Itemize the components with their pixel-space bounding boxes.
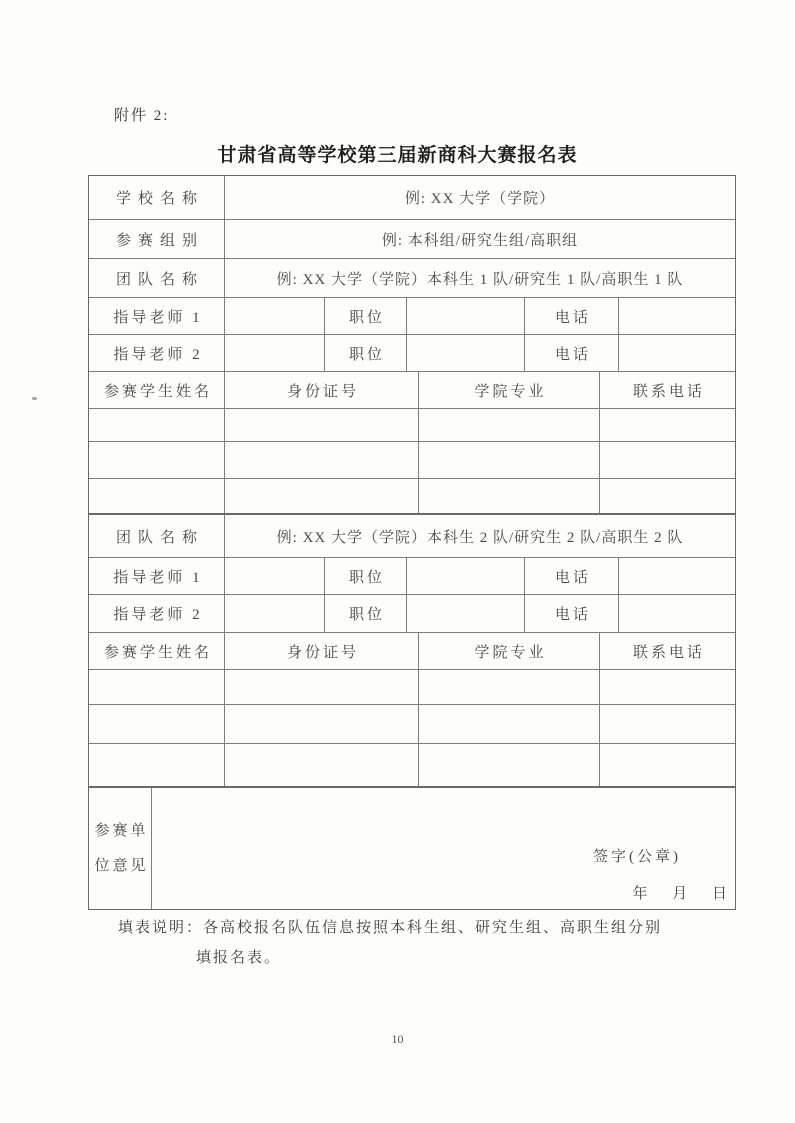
attachment-label: 附件 2: [114, 104, 169, 125]
student-phone-header: 联系电话 [599, 633, 735, 669]
unit-opinion-label-line2: 位意见 [91, 849, 148, 884]
scanned-form-page: 附件 2: 甘肃省高等学校第三届新商科大赛报名表 学校名称 例: XX 大学（学… [0, 0, 795, 1123]
student-phone-header: 联系电话 [599, 372, 735, 408]
teacher2-position-field [406, 335, 524, 371]
teacher1-position-field [406, 558, 524, 594]
teacher1-position-label: 职位 [324, 298, 406, 334]
unit-opinion-label-line1: 参赛单 [91, 814, 148, 849]
teacher1-position-label: 职位 [324, 558, 406, 594]
teacher2-phone-label: 电话 [524, 595, 618, 632]
teacher1-phone-label: 电话 [524, 298, 618, 334]
student-id-cell [224, 479, 418, 513]
student-id-header: 身份证号 [224, 633, 418, 669]
student-name-header: 参赛学生姓名 [89, 372, 224, 408]
student-name-cell [89, 670, 224, 704]
student-id-header: 身份证号 [224, 372, 418, 408]
fill-instructions-line1: 填表说明：各高校报名队伍信息按照本科生组、研究生组、高职生组分别 [118, 916, 662, 937]
student-major-cell [418, 442, 599, 478]
team2-name-row: 团队名称 例: XX 大学（学院）本科生 2 队/研究生 2 队/高职生 2 队 [89, 513, 735, 557]
student-major-cell [418, 479, 599, 513]
team1-name-label: 团队名称 [89, 259, 224, 297]
teacher1-phone-field [618, 298, 735, 334]
signature-seal-label: 签字(公章) [593, 845, 681, 866]
student-phone-cell [599, 705, 735, 743]
student-name-header: 参赛学生姓名 [89, 633, 224, 669]
student-major-header: 学院专业 [418, 633, 599, 669]
teacher1-name-field [224, 558, 324, 594]
student-major-cell [418, 409, 599, 441]
school-name-row: 学校名称 例: XX 大学（学院） [89, 176, 735, 219]
student-id-cell [224, 705, 418, 743]
teacher2-phone-field [618, 335, 735, 371]
student-major-cell [418, 670, 599, 704]
group-label: 参赛组别 [89, 220, 224, 258]
school-name-value: 例: XX 大学（学院） [224, 176, 735, 219]
student-major-header: 学院专业 [418, 372, 599, 408]
unit-opinion-row: 参赛单 位意见 签字(公章) 年 月 日 [89, 786, 735, 909]
student-name-cell [89, 479, 224, 513]
team1-teacher1-row: 指导老师 1 职位 电话 [89, 297, 735, 334]
team2-teacher2-row: 指导老师 2 职位 电话 [89, 594, 735, 632]
team1-student-row-2 [89, 441, 735, 478]
group-value: 例: 本科组/研究生组/高职组 [224, 220, 735, 258]
teacher2-label: 指导老师 2 [89, 595, 224, 632]
registration-form-table: 学校名称 例: XX 大学（学院） 参赛组别 例: 本科组/研究生组/高职组 团… [88, 175, 736, 910]
fill-instructions-text: 各高校报名队伍信息按照本科生组、研究生组、高职生组分别 [203, 920, 662, 936]
date-label: 年 月 日 [632, 882, 729, 903]
teacher2-phone-label: 电话 [524, 335, 618, 371]
teacher1-name-field [224, 298, 324, 334]
team2-student-row-1 [89, 669, 735, 704]
student-phone-cell [599, 670, 735, 704]
student-id-cell [224, 670, 418, 704]
student-major-cell [418, 705, 599, 743]
teacher2-phone-field [618, 595, 735, 632]
teacher1-label: 指导老师 1 [89, 298, 224, 334]
teacher2-position-label: 职位 [324, 595, 406, 632]
teacher2-position-field [406, 595, 524, 632]
student-phone-cell [599, 442, 735, 478]
student-major-cell [418, 744, 599, 786]
fill-instructions-label: 填表说明： [118, 920, 203, 936]
team1-name-row: 团队名称 例: XX 大学（学院）本科生 1 队/研究生 1 队/高职生 1 队 [89, 258, 735, 297]
student-phone-cell [599, 409, 735, 441]
teacher2-name-field [224, 335, 324, 371]
team2-name-value: 例: XX 大学（学院）本科生 2 队/研究生 2 队/高职生 2 队 [224, 515, 735, 557]
team1-name-value: 例: XX 大学（学院）本科生 1 队/研究生 1 队/高职生 1 队 [224, 259, 735, 297]
student-name-cell [89, 705, 224, 743]
school-name-label: 学校名称 [89, 176, 224, 219]
teacher2-position-label: 职位 [324, 335, 406, 371]
team1-student-row-1 [89, 408, 735, 441]
team2-student-row-3 [89, 743, 735, 786]
team2-teacher1-row: 指导老师 1 职位 电话 [89, 557, 735, 594]
student-name-cell [89, 409, 224, 441]
team1-student-row-3 [89, 478, 735, 513]
student-phone-cell [599, 479, 735, 513]
unit-opinion-label: 参赛单 位意见 [89, 788, 151, 909]
page-title: 甘肃省高等学校第三届新商科大赛报名表 [0, 140, 795, 167]
student-id-cell [224, 409, 418, 441]
scan-speck [32, 397, 37, 400]
student-name-cell [89, 442, 224, 478]
student-name-cell [89, 744, 224, 786]
student-phone-cell [599, 744, 735, 786]
team2-student-header-row: 参赛学生姓名 身份证号 学院专业 联系电话 [89, 632, 735, 669]
group-row: 参赛组别 例: 本科组/研究生组/高职组 [89, 219, 735, 258]
teacher2-name-field [224, 595, 324, 632]
teacher1-phone-label: 电话 [524, 558, 618, 594]
student-id-cell [224, 744, 418, 786]
teacher1-phone-field [618, 558, 735, 594]
unit-opinion-area: 签字(公章) 年 月 日 [151, 788, 735, 909]
team2-student-row-2 [89, 704, 735, 743]
team1-teacher2-row: 指导老师 2 职位 电话 [89, 334, 735, 371]
teacher1-label: 指导老师 1 [89, 558, 224, 594]
student-id-cell [224, 442, 418, 478]
teacher2-label: 指导老师 2 [89, 335, 224, 371]
teacher1-position-field [406, 298, 524, 334]
team2-name-label: 团队名称 [89, 515, 224, 557]
team1-student-header-row: 参赛学生姓名 身份证号 学院专业 联系电话 [89, 371, 735, 408]
page-number: 10 [0, 1032, 795, 1047]
fill-instructions-line2: 填报名表。 [196, 946, 281, 967]
